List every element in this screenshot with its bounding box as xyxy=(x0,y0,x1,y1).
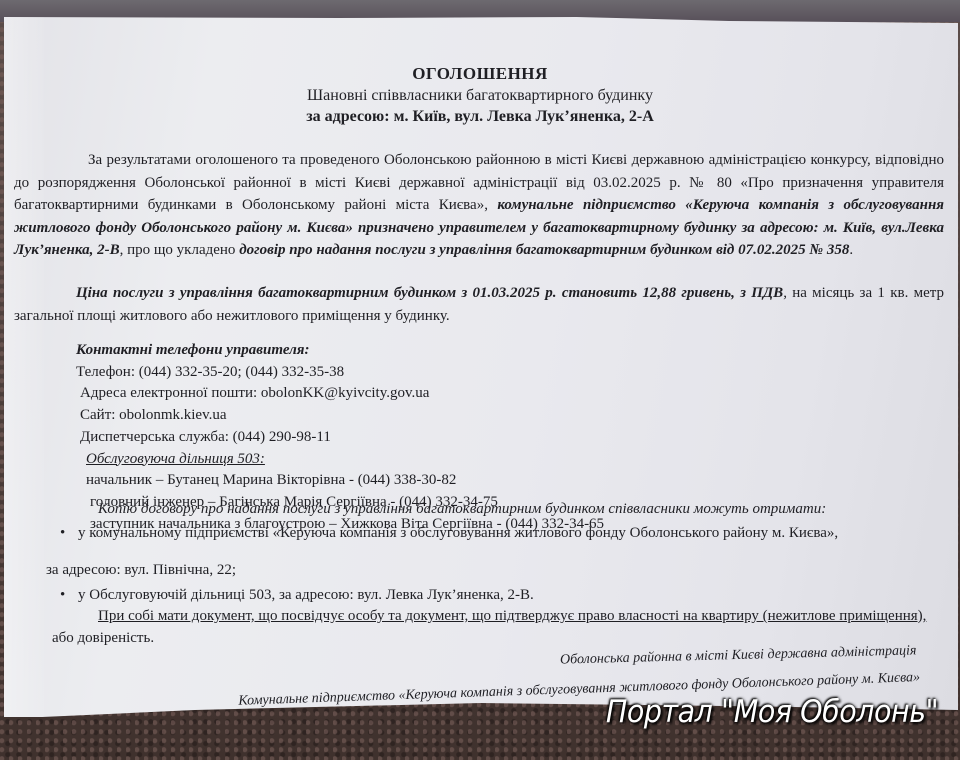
contacts-site: Сайт: obolonmk.kiev.ua xyxy=(76,405,604,427)
paragraph-price: Ціна послуги з управління багатоквартирн… xyxy=(14,282,944,327)
bullet-company-address: за адресою: вул. Північна, 22; xyxy=(46,562,236,579)
documents-note: При собі мати документ, що посвідчує осо… xyxy=(52,605,932,649)
staff-head: начальник – Бутанец Марина Вікторівна - … xyxy=(76,470,604,492)
contacts-email: Адреса електронної пошти: obolonKK@kyivc… xyxy=(76,383,604,405)
notice-title: ОГОЛОШЕННЯ xyxy=(0,64,960,84)
bullet-section-text: у Обслуговуючій дільниці 503, за адресою… xyxy=(78,587,534,603)
notice-address: за адресою: м. Київ, вул. Левка Лук’янен… xyxy=(0,108,960,126)
bullet-company-text: у комунальному підприємстві «Керуюча ком… xyxy=(78,525,838,541)
appointment-text-2: , про що укладено xyxy=(120,242,240,258)
notice-subtitle: Шановні співвласники багатоквартирного б… xyxy=(0,87,960,105)
documents-note-line1: При собі мати документ, що посвідчує осо… xyxy=(52,605,932,627)
bullet-icon: • xyxy=(60,584,78,606)
section-heading: Обслуговуюча дільниця 503: xyxy=(76,449,604,471)
documents-note-line2: або довіреність. xyxy=(52,627,154,649)
contract-reference: договір про надання послуги з управління… xyxy=(239,242,849,258)
contacts-phone: Телефон: (044) 332-35-20; (044) 332-35-3… xyxy=(76,362,604,384)
copy-intro: Копію договору про надання послуги з упр… xyxy=(98,501,826,518)
contacts-dispatch: Диспетчерська служба: (044) 290-98-11 xyxy=(76,427,604,449)
bullet-icon: • xyxy=(60,522,78,544)
paragraph-appointment: За результатами оголошеного та проведено… xyxy=(14,149,944,262)
portal-watermark: Портал "Моя Оболонь" xyxy=(606,694,938,730)
bullet-company: •у комунальному підприємстві «Керуюча ко… xyxy=(60,522,940,544)
notice-content: ОГОЛОШЕННЯ Шановні співвласники багатокв… xyxy=(0,0,960,760)
contacts-heading: Контактні телефони управителя: xyxy=(76,340,604,362)
appointment-end: . xyxy=(849,242,853,258)
bullet-section: •у Обслуговуючій дільниці 503, за адресо… xyxy=(60,584,940,606)
price-statement: Ціна послуги з управління багатоквартирн… xyxy=(76,285,783,301)
